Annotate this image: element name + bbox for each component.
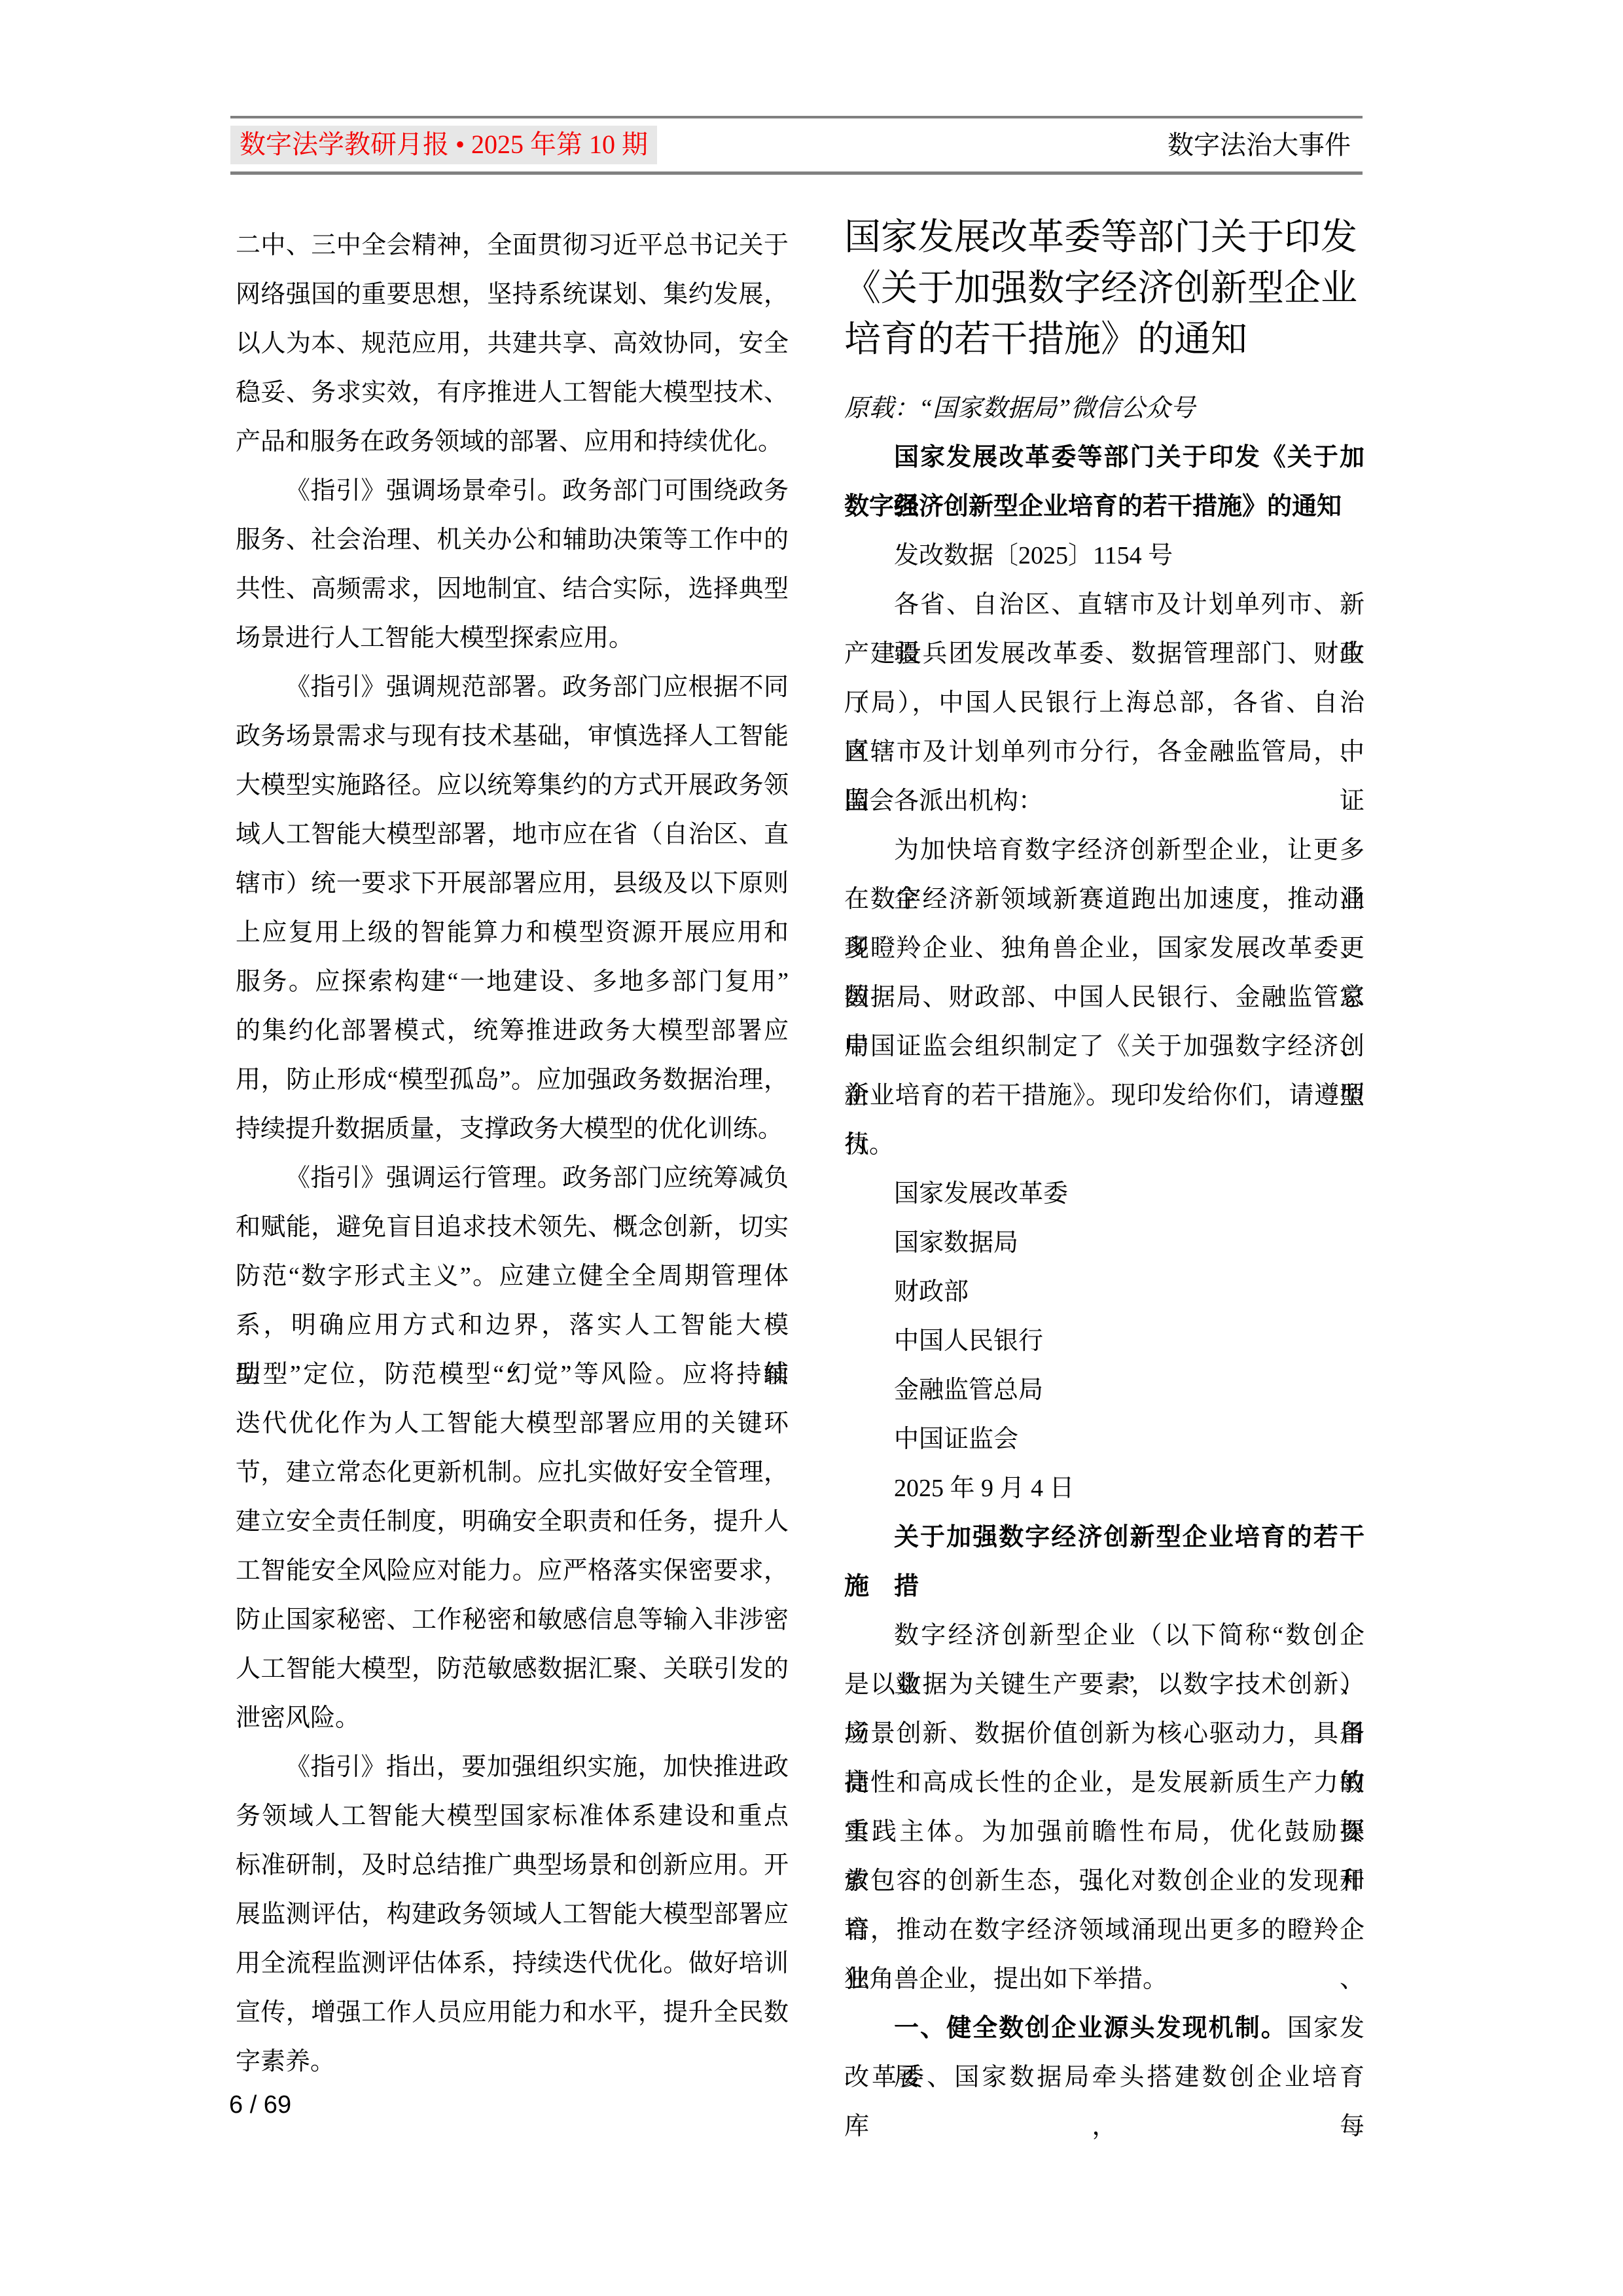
text-line: 节，建立常态化更新机制。应扎实做好安全管理， xyxy=(236,1448,789,1498)
page: 数字法学教研月报 • 2025 年第 10 期 数字法治大事件 二中、三中全会精… xyxy=(0,0,1623,2296)
text-line: 数据局、财政部、中国人民银行、金融监管总局、 xyxy=(844,973,1364,1022)
text-line: 建立安全责任制度，明确安全职责和任务，提升人 xyxy=(236,1498,789,1547)
text-line: 服务、社会治理、机关办公和辅助决策等工作中的 xyxy=(236,516,789,565)
text-line: 捷性和高成长性的企业，是发展新质生产力的重要 xyxy=(844,1759,1364,1808)
text-line: 数字经济创新型企业培育的若干措施》的通知 xyxy=(844,482,1364,531)
text-line: 务领域人工智能大模型国家标准体系建设和重点 xyxy=(236,1792,789,1841)
text-line: 实践主体。为加强前瞻性布局，优化鼓励探索、开 xyxy=(844,1808,1364,1857)
text-line: 场景进行人工智能大模型探索应用。 xyxy=(236,614,789,663)
text-line: 防范“数字形式主义”。应建立健全全周期管理体 xyxy=(236,1252,789,1301)
text-line: 为加快培育数字经济创新型企业，让更多企业 xyxy=(844,826,1364,875)
text-line: 域人工智能大模型部署，地市应在省（自治区、直 xyxy=(236,810,789,859)
header-rule-bottom xyxy=(230,171,1363,175)
text-line: 多瞪羚企业、独角兽企业，国家发展改革委、国家 xyxy=(844,924,1364,973)
text-line: 大模型实施路径。应以统筹集约的方式开展政务领 xyxy=(236,761,789,810)
text-line: 上应复用上级的智能算力和模型资源开展应用和 xyxy=(236,908,789,958)
text-line: 关于加强数字经济创新型企业培育的若干措 xyxy=(844,1513,1364,1562)
text-line: 国家数据局 xyxy=(844,1219,1364,1268)
left-column: 二中、三中全会精神，全面贯彻习近平总书记关于网络强国的重要思想，坚持系统谋划、集… xyxy=(236,221,789,2087)
text-line: 《关于加强数字经济创新型企业 xyxy=(844,263,1364,314)
text-line: 用全流程监测评估体系，持续迭代优化。做好培训 xyxy=(236,1939,789,1988)
text-line: 国家发展改革委等部门关于印发 xyxy=(844,212,1364,263)
text-line: 用，防止形成“模型孤岛”。应加强政务数据治理， xyxy=(236,1056,789,1105)
text-line: 《指引》指出，要加强组织实施，加快推进政 xyxy=(236,1743,789,1792)
header-row: 数字法学教研月报 • 2025 年第 10 期 数字法治大事件 xyxy=(230,118,1363,171)
text-line: 防止国家秘密、工作秘密和敏感信息等输入非涉密 xyxy=(236,1596,789,1645)
text-line: 场景创新、数据价值创新为核心驱动力，具备高敏 xyxy=(844,1710,1364,1759)
text-line: 《指引》强调规范部署。政务部门应根据不同 xyxy=(236,663,789,712)
newsletter-title: 数字法学教研月报 • 2025 年第 10 期 xyxy=(230,126,657,164)
text-line: 各省、自治区、直辖市及计划单列市、新疆生 xyxy=(844,581,1364,630)
text-line: 中国人民银行 xyxy=(844,1317,1364,1366)
text-line: 2025 年 9 月 4 日 xyxy=(844,1464,1364,1513)
text-line: 国家发展改革委 xyxy=(844,1170,1364,1219)
page-header: 数字法学教研月报 • 2025 年第 10 期 数字法治大事件 xyxy=(230,116,1363,175)
text-line: 展监测评估，构建政务领域人工智能大模型部署应 xyxy=(236,1890,789,1939)
text-line: 助型”定位，防范模型“幻觉”等风险。应将持续 xyxy=(236,1350,789,1399)
text-line: 国家发展改革委等部门关于印发《关于加强 xyxy=(844,433,1364,482)
text-line: 《指引》强调场景牵引。政务部门可围绕政务 xyxy=(236,467,789,516)
text-line: 产建设兵团发展改革委、数据管理部门、财政厅 xyxy=(844,630,1364,679)
text-line: 迭代优化作为人工智能大模型部署应用的关键环 xyxy=(236,1399,789,1448)
text-line: 数字经济创新型企业（以下简称“数创企业”） xyxy=(844,1611,1364,1660)
text-line: （局），中国人民银行上海总部，各省、自治区、 xyxy=(844,679,1364,728)
text-line: 改革委、国家数据局牵头搭建数创企业培育库，每 xyxy=(844,2053,1364,2102)
text-line: 施 xyxy=(844,1562,1364,1611)
text-line: 以人为本、规范应用，共建共享、高效协同，安全 xyxy=(236,319,789,368)
text-line: 中国证监会组织制定了《关于加强数字经济创新型 xyxy=(844,1022,1364,1071)
text-line: 企业培育的若干措施》。现印发给你们，请遵照执 xyxy=(844,1071,1364,1121)
text-line: 泄密风险。 xyxy=(236,1694,789,1743)
text-line: 辖市）统一要求下开展部署应用，县级及以下原则 xyxy=(236,859,789,908)
text-line: 金融监管总局 xyxy=(844,1366,1364,1415)
text-line: 服务。应探索构建“一地建设、多地多部门复用” xyxy=(236,958,789,1007)
text-line: 工智能安全风险应对能力。应严格落实保密要求， xyxy=(236,1547,789,1596)
text-line: 宣传，增强工作人员应用能力和水平，提升全民数 xyxy=(236,1988,789,2037)
text-line: 字素养。 xyxy=(236,2037,789,2087)
text-line: 持续提升数据质量，支撑政务大模型的优化训练。 xyxy=(236,1105,789,1154)
text-line: 一、健全数创企业源头发现机制。国家发展 xyxy=(844,2004,1364,2053)
text-line: 二中、三中全会精神，全面贯彻习近平总书记关于 xyxy=(236,221,789,270)
text-line: 育，推动在数字经济领域涌现出更多的瞪羚企业、 xyxy=(844,1906,1364,1955)
text-line: 发改数据〔2025〕1154 号 xyxy=(844,531,1364,581)
text-line: 系，明确应用方式和边界，落实人工智能大模型“辅 xyxy=(236,1301,789,1350)
text-line: 培育的若干措施》的通知 xyxy=(844,314,1364,365)
text-line: 直辖市及计划单列市分行，各金融监管局，中国证 xyxy=(844,728,1364,777)
text-line: 《指引》强调运行管理。政务部门应统筹减负 xyxy=(236,1154,789,1203)
text-line: 中国证监会 xyxy=(844,1415,1364,1464)
text-line: 人工智能大模型，防范敏感数据汇聚、关联引发的 xyxy=(236,1645,789,1694)
text-line: 放包容的创新生态，强化对数创企业的发现和培 xyxy=(844,1857,1364,1906)
text-line: 共性、高频需求，因地制宜、结合实际，选择典型 xyxy=(236,565,789,614)
text-line: 在数字经济新领域新赛道跑出加速度，推动涌现更 xyxy=(844,875,1364,924)
text-line: 的集约化部署模式，统筹推进政务大模型部署应 xyxy=(236,1007,789,1056)
text-line: 和赋能，避免盲目追求技术领先、概念创新，切实 xyxy=(236,1203,789,1252)
section-title: 数字法治大事件 xyxy=(1168,132,1363,158)
text-line: 标准研制，及时总结推广典型场景和创新应用。开 xyxy=(236,1841,789,1890)
text-line: 是以数据为关键生产要素，以数字技术创新、应用 xyxy=(844,1660,1364,1710)
text-line: 财政部 xyxy=(844,1268,1364,1317)
text-line: 产品和服务在政务领域的部署、应用和持续优化。 xyxy=(236,418,789,467)
right-column: 国家发展改革委等部门关于印发《关于加强数字经济创新型企业培育的若干措施》的通知原… xyxy=(844,212,1364,2102)
text-line: 政务场景需求与现有技术基础，审慎选择人工智能 xyxy=(236,712,789,761)
text-line: 网络强国的重要思想，坚持系统谋划、集约发展， xyxy=(236,270,789,319)
text-line: 稳妥、务求实效，有序推进人工智能大模型技术、 xyxy=(236,368,789,418)
text-line: 原载：“国家数据局”微信公众号 xyxy=(844,384,1364,433)
page-number: 6 / 69 xyxy=(229,2089,291,2121)
text-line: 行。 xyxy=(844,1121,1364,1170)
